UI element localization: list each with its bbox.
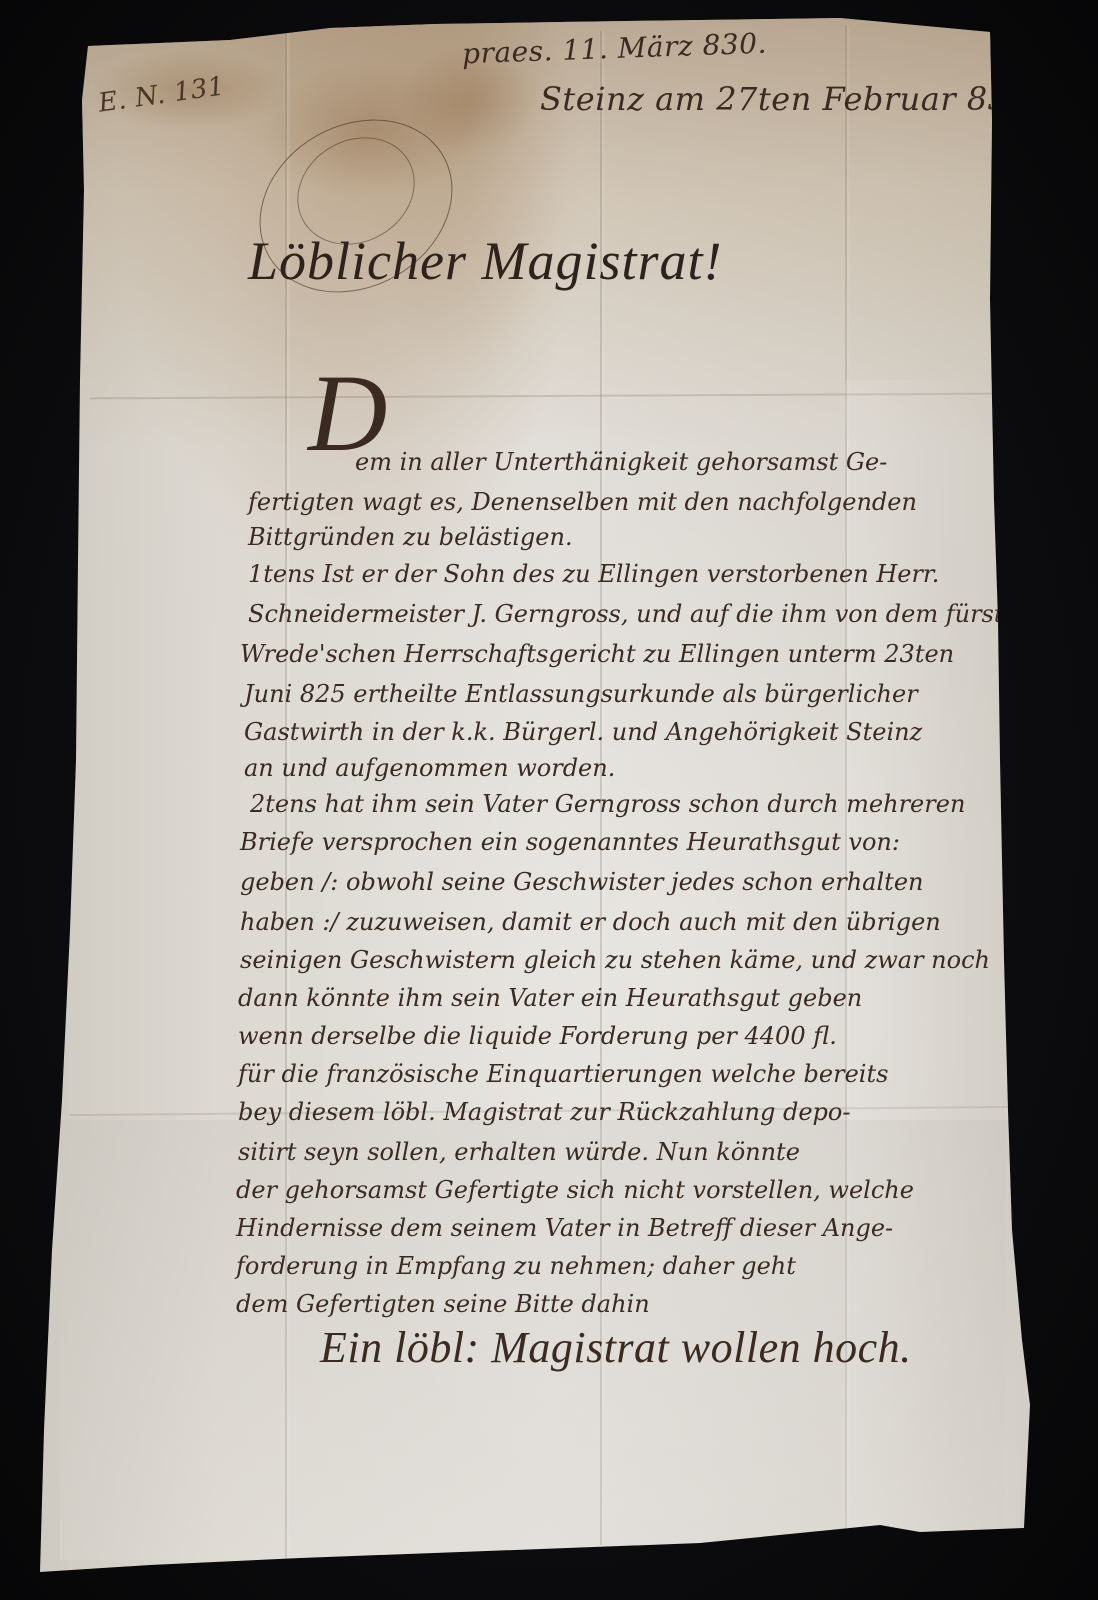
- body-line: Wrede'schen Herrschaftsgericht zu Elling…: [240, 640, 954, 668]
- received-note: praes. 11. März 830.: [462, 27, 768, 71]
- body-line: seinigen Geschwistern gleich zu stehen k…: [240, 946, 990, 974]
- body-line: geben /: obwohl seine Geschwister jedes …: [240, 868, 923, 896]
- body-line: forderung in Empfang zu nehmen; daher ge…: [236, 1252, 796, 1280]
- body-line: haben :/ zuzuweisen, damit er doch auch …: [240, 908, 941, 936]
- body-line: dann könnte ihm sein Vater ein Heurathsg…: [238, 984, 862, 1012]
- body-line: em in aller Unterthänigkeit gehorsamst G…: [355, 448, 887, 476]
- body-line: dem Gefertigten seine Bitte dahin: [236, 1290, 650, 1318]
- body-line: Hindernisse dem seinem Vater in Betreff …: [236, 1214, 893, 1242]
- body-line: Gastwirth in der k.k. Bürgerl. und Angeh…: [244, 718, 922, 746]
- body-line: 1tens Ist er der Sohn des zu Ellingen ve…: [248, 560, 939, 588]
- body-line: 2tens hat ihm sein Vater Gerngross schon…: [250, 790, 965, 818]
- place-date-line: Steinz am 27ten Februar 830.: [540, 80, 1040, 118]
- body-line: bey diesem löbl. Magistrat zur Rückzahlu…: [238, 1098, 850, 1126]
- body-line: für die französische Einquartierungen we…: [238, 1060, 888, 1088]
- body-line: an und aufgenommen worden.: [244, 754, 615, 782]
- body-line: sitirt seyn sollen, erhalten würde. Nun …: [238, 1138, 800, 1166]
- body-line: fertigten wagt es, Denenselben mit den n…: [248, 488, 917, 516]
- body-line: Briefe versprochen ein sogenanntes Heura…: [240, 828, 900, 856]
- body-line: Juni 825 ertheilte Entlassungsurkunde al…: [244, 680, 918, 708]
- body-line: der gehorsamst Gefertigte sich nicht vor…: [236, 1176, 914, 1204]
- letter-paper: E. N. 131 praes. 11. März 830. Steinz am…: [0, 0, 1098, 1600]
- closing-line: Ein löbl: Magistrat wollen hoch.: [320, 1322, 912, 1373]
- body-line: Bittgründen zu belästigen.: [248, 523, 573, 551]
- body-line: Schneidermeister J. Gerngross, und auf d…: [248, 600, 1019, 628]
- body-line: wenn derselbe die liquide Forderung per …: [238, 1022, 837, 1050]
- salutation: Löblicher Magistrat!: [248, 230, 723, 292]
